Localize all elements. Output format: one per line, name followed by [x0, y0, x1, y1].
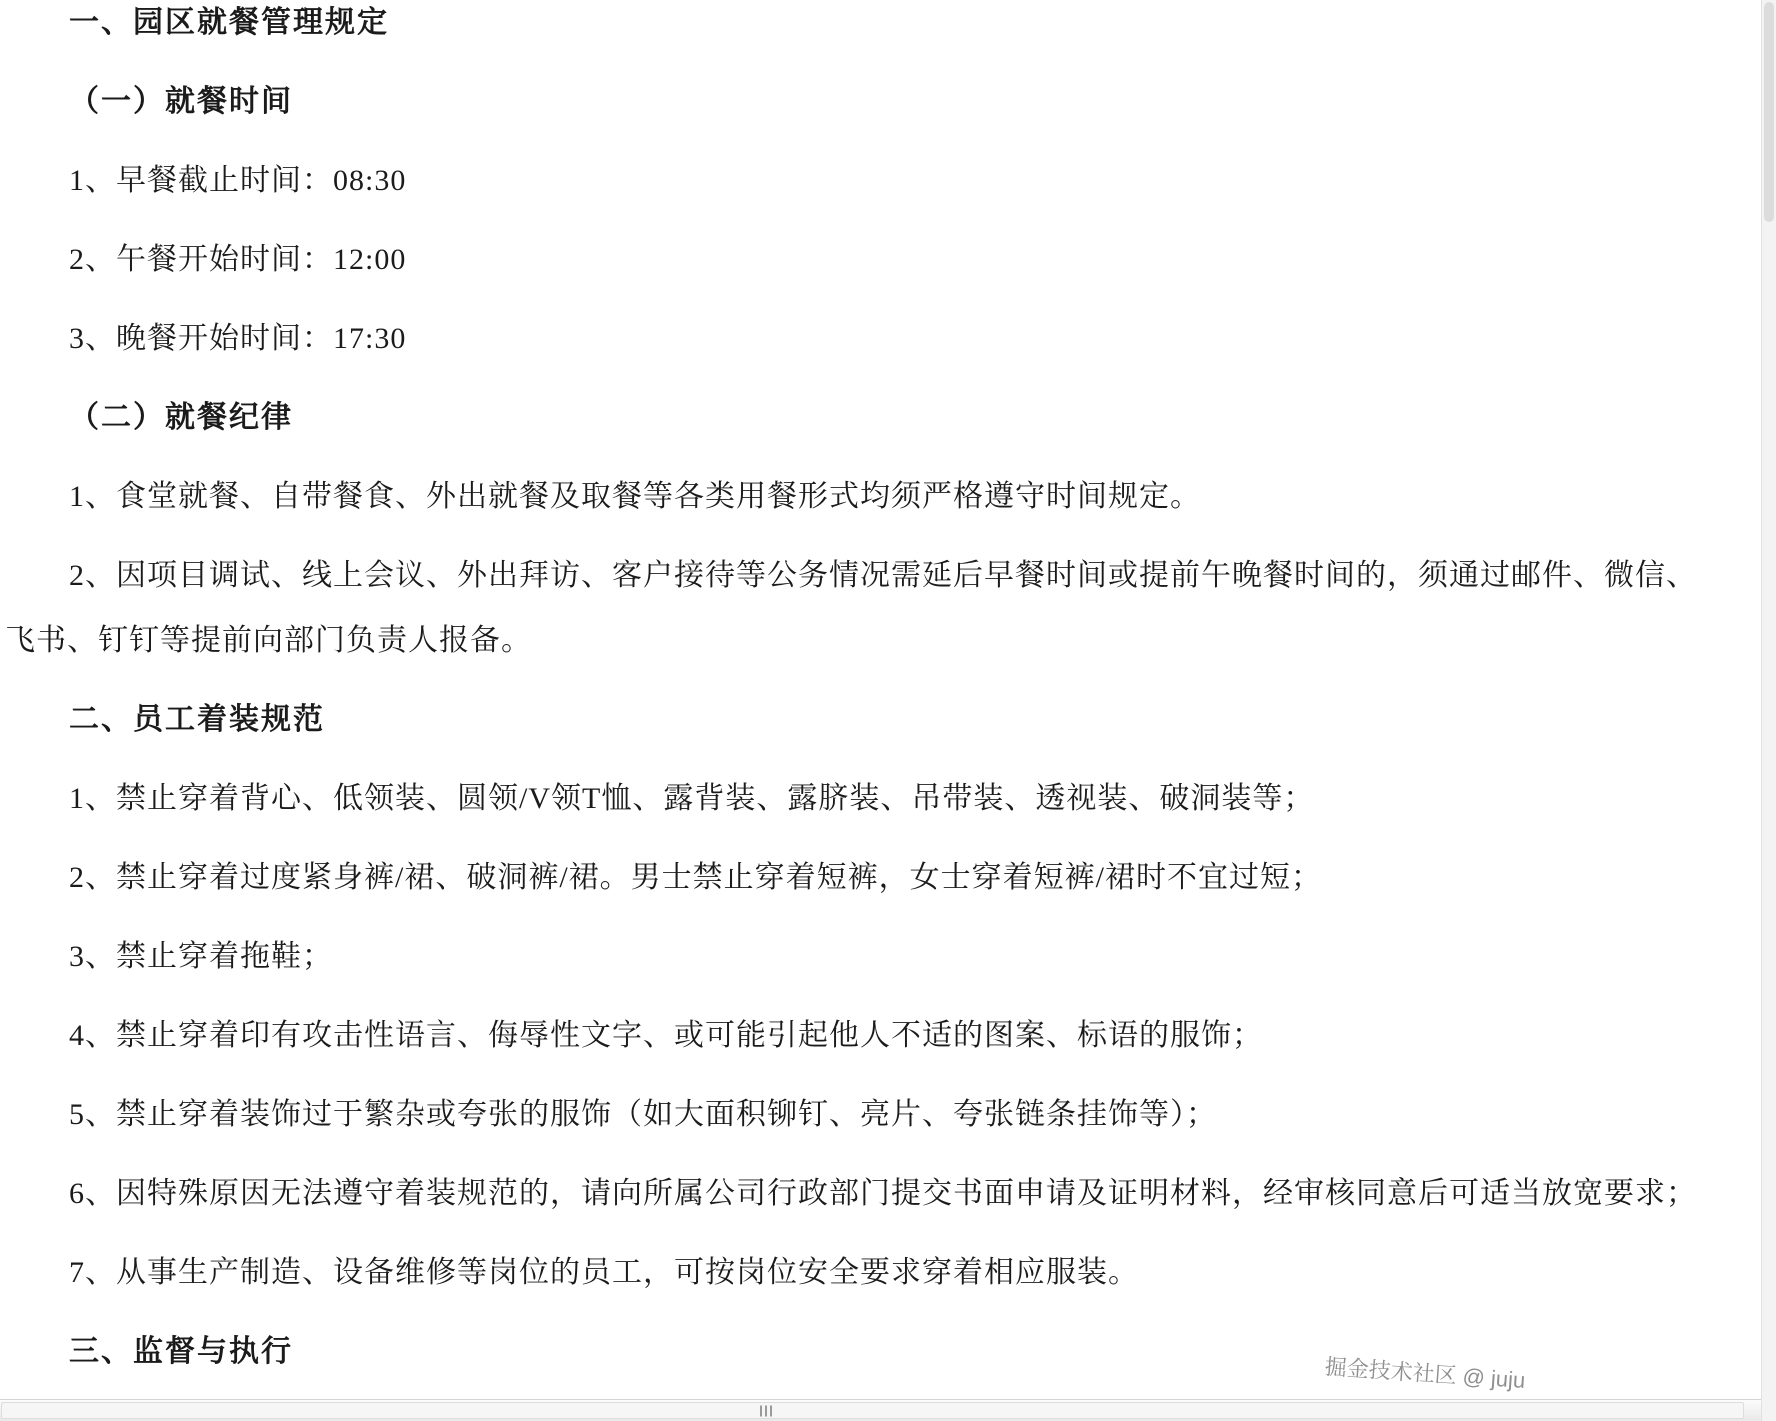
paragraph-dress-7: 7、从事生产制造、设备维修等岗位的员工，可按岗位安全要求穿着相应服装。: [5, 1240, 1761, 1305]
document-page: 一、园区就餐管理规定 （一）就餐时间 1、早餐截止时间：08:30 2、午餐开始…: [0, 0, 1761, 1399]
paragraph-dress-6: 6、因特殊原因无法遵守着装规范的，请向所属公司行政部门提交书面申请及证明材料，经…: [5, 1161, 1761, 1226]
paragraph-dress-2: 2、禁止穿着过度紧身裤/裙、破洞裤/裙。男士禁止穿着短裤，女士穿着短裤/裙时不宜…: [5, 845, 1761, 910]
subheading-dining-discipline: （二）就餐纪律: [5, 385, 1761, 450]
vertical-scrollbar[interactable]: [1761, 0, 1776, 1421]
horizontal-scrollbar[interactable]: [0, 1399, 1761, 1421]
heading-dining-management: 一、园区就餐管理规定: [5, 0, 1761, 55]
paragraph-dress-4: 4、禁止穿着印有攻击性语言、侮辱性文字、或可能引起他人不适的图案、标语的服饰；: [5, 1003, 1761, 1068]
heading-dress-code: 二、员工着装规范: [5, 687, 1761, 752]
paragraph-dress-1: 1、禁止穿着背心、低领装、圆领/V领T恤、露背装、露脐装、吊带装、透视装、破洞装…: [5, 766, 1761, 831]
paragraph-dinner-start: 3、晚餐开始时间：17:30: [5, 306, 1761, 371]
vertical-scrollbar-thumb[interactable]: [1764, 2, 1774, 222]
drag-grip-icon[interactable]: [760, 1405, 772, 1416]
subheading-dining-time: （一）就餐时间: [5, 69, 1761, 134]
paragraph-dress-3: 3、禁止穿着拖鞋；: [5, 924, 1761, 989]
paragraph-discipline-2: 2、因项目调试、线上会议、外出拜访、客户接待等公务情况需延后早餐时间或提前午晚餐…: [5, 543, 1761, 673]
paragraph-discipline-1: 1、食堂就餐、自带餐食、外出就餐及取餐等各类用餐形式均须严格遵守时间规定。: [5, 464, 1761, 529]
horizontal-scrollbar-thumb[interactable]: [1, 1402, 1744, 1419]
paragraph-lunch-start: 2、午餐开始时间：12:00: [5, 227, 1761, 292]
paragraph-dress-5: 5、禁止穿着装饰过于繁杂或夸张的服饰（如大面积铆钉、亮片、夸张链条挂饰等）；: [5, 1082, 1761, 1147]
paragraph-breakfast-deadline: 1、早餐截止时间：08:30: [5, 148, 1761, 213]
